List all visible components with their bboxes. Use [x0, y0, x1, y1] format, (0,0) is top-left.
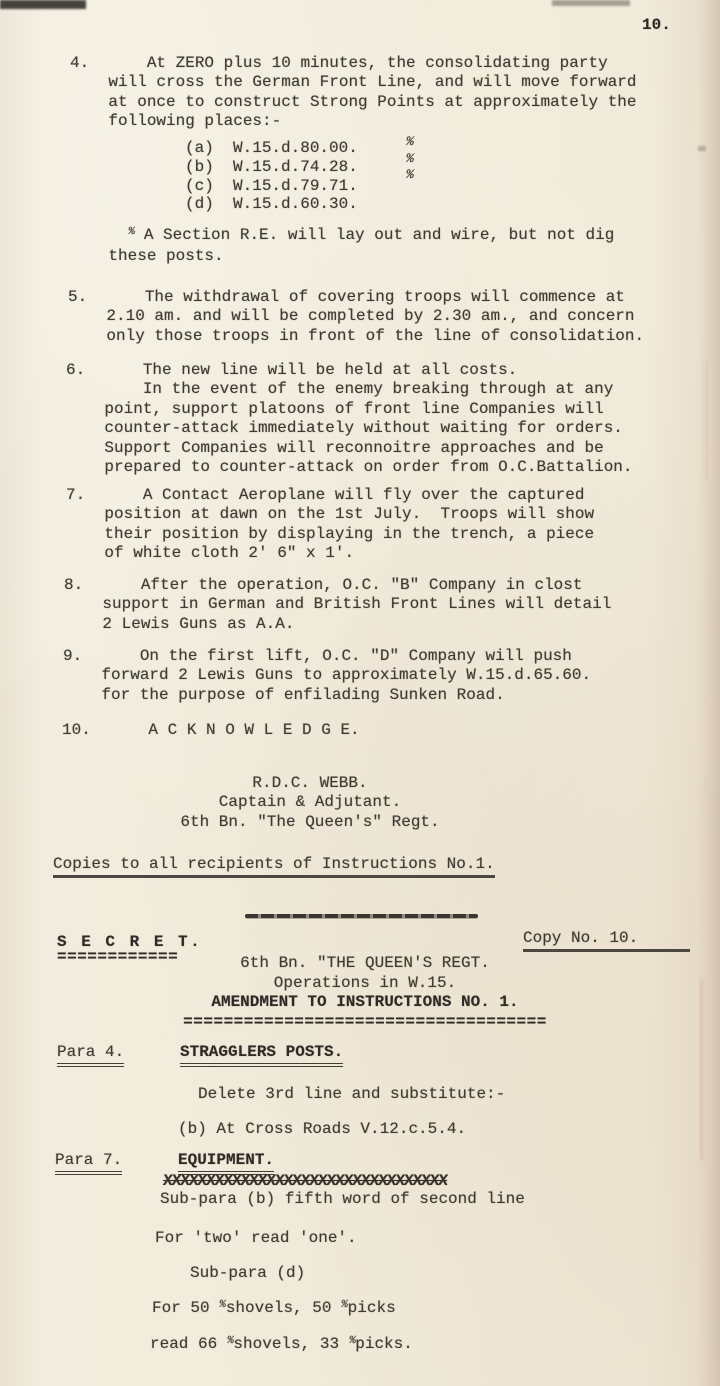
- paragraph-9: 9. On the first lift, O.C. "D" Company w…: [63, 647, 591, 705]
- footnote: % A Section R.E. will lay out and wire, …: [70, 226, 614, 267]
- text-line: these posts.: [70, 247, 614, 266]
- text-line: will cross the German Front Line, and wi…: [70, 73, 637, 92]
- title-underscore: ====================================: [150, 1013, 580, 1033]
- text-segment: picks.: [355, 1335, 413, 1353]
- signature-block: R.D.C. WEBB. Captain & Adjutant. 6th Bn.…: [145, 774, 475, 832]
- amendment-para4-instruction: Delete 3rd line and substitute:-: [198, 1085, 505, 1104]
- distribution-note: Copies to all recipients of Instructions…: [53, 855, 495, 878]
- text-line: forward 2 Lewis Guns to approximately W.…: [63, 666, 591, 685]
- text-segment: shovels, 33: [233, 1335, 348, 1353]
- percent-mark: %: [404, 167, 415, 184]
- text-line: In the event of the enemy breaking throu…: [66, 380, 633, 399]
- acknowledge-line: 10. A C K N O W L E D G E.: [62, 721, 360, 740]
- text-line: Support Companies will reconnoitre appro…: [66, 439, 633, 458]
- section-divider: [245, 914, 478, 918]
- equipment-change-from: For 50 %shovels, 50 %picks: [152, 1299, 396, 1320]
- page-edge-shading: [698, 0, 720, 1386]
- text-line: following places:-: [70, 112, 637, 131]
- paragraph-8: 8. After the operation, O.C. "B" Company…: [64, 576, 611, 634]
- struck-out-line: XXXXXXXXXXXXXXXXXXXXXXXXXXXXXXXXX: [162, 1172, 448, 1191]
- text-line: % A Section R.E. will lay out and wire, …: [70, 226, 614, 247]
- text-line: for the purpose of enfilading Sunken Roa…: [63, 686, 591, 705]
- amendment-heading: AMENDMENT TO INSTRUCTIONS NO. 1.: [150, 993, 580, 1013]
- amendment-para4-substitution: (b) At Cross Roads V.12.c.5.4.: [178, 1120, 466, 1139]
- copies-note-text: Copies to all recipients of Instructions…: [53, 855, 495, 878]
- list-item: (d) W.15.d.60.30.: [185, 195, 358, 214]
- signatory-name: R.D.C. WEBB.: [145, 774, 475, 793]
- text-line: 5. The withdrawal of covering troops wil…: [68, 288, 644, 307]
- paragraph-4: 4. At ZERO plus 10 minutes, the consolid…: [70, 54, 637, 132]
- text-line: support in German and British Front Line…: [64, 595, 611, 614]
- percent-mark: %: [404, 134, 415, 151]
- amendment-para7-instruction: Sub-para (b) fifth word of second line: [160, 1190, 525, 1209]
- amendment-para4-heading: STRAGGLERS POSTS.: [180, 1043, 343, 1067]
- operations-title: Operations in W.15.: [150, 974, 580, 994]
- document-page: 10. 4. At ZERO plus 10 minutes, the cons…: [0, 0, 720, 1386]
- text-line: of white cloth 2' 6" x 1'.: [66, 544, 594, 563]
- footnote-marker-stack: % % %: [406, 134, 414, 184]
- paper-crease: [705, 360, 708, 480]
- paragraph-5: 5. The withdrawal of covering troops wil…: [68, 288, 644, 346]
- text-line: 2 Lewis Guns as A.A.: [64, 615, 611, 634]
- text-line: 7. A Contact Aeroplane will fly over the…: [66, 486, 594, 505]
- paper-crease: [700, 980, 703, 1160]
- page-number: 10.: [642, 16, 671, 35]
- amendment-para7-label: Para 7.: [55, 1151, 122, 1175]
- text-line: only those troops in front of the line o…: [68, 327, 644, 346]
- amendment-para7-subpara-d: Sub-para (d): [190, 1264, 305, 1283]
- unit-title: 6th Bn. "THE QUEEN'S REGT.: [150, 954, 580, 974]
- para-label-text: Para 4.: [57, 1043, 124, 1067]
- paragraph-6: 6. The new line will be held at all cost…: [66, 361, 633, 477]
- strongpoint-list: (a) W.15.d.80.00. (b) W.15.d.74.28. (c) …: [185, 139, 358, 214]
- paragraph-7: 7. A Contact Aeroplane will fly over the…: [66, 486, 594, 564]
- amendment-title-block: 6th Bn. "THE QUEEN'S REGT. Operations in…: [150, 954, 580, 1032]
- text-segment: shovels, 50: [226, 1299, 341, 1317]
- text-line: 6. The new line will be held at all cost…: [66, 361, 633, 380]
- text-line: point, support platoons of front line Co…: [66, 400, 633, 419]
- text-line: 2.10 am. and will be completed by 2.30 a…: [68, 307, 644, 326]
- text-line: counter-attack immediately without waiti…: [66, 419, 633, 438]
- scan-smudge: [552, 0, 630, 6]
- equipment-change-to: read 66 %shovels, 33 %picks.: [150, 1335, 413, 1356]
- list-item: (a) W.15.d.80.00.: [185, 139, 358, 158]
- list-item: (b) W.15.d.74.28.: [185, 158, 358, 177]
- text-line: prepared to counter-attack on order from…: [66, 458, 633, 477]
- copy-number-text: Copy No. 10.: [523, 929, 690, 952]
- amendment-para4-label: Para 4.: [57, 1043, 124, 1067]
- text-line: their position by displaying in the tren…: [66, 525, 594, 544]
- text-line: 4. At ZERO plus 10 minutes, the consolid…: [70, 54, 637, 73]
- copy-number: Copy No. 10.: [523, 929, 690, 952]
- footnote-indent: [70, 226, 128, 244]
- scan-smudge: [0, 0, 86, 9]
- signatory-role: Captain & Adjutant.: [145, 793, 475, 812]
- text-segment: picks: [348, 1299, 396, 1317]
- signatory-unit: 6th Bn. "The Queen's" Regt.: [145, 813, 475, 832]
- text-segment: read 66: [150, 1335, 227, 1353]
- text-line: 8. After the operation, O.C. "B" Company…: [64, 576, 611, 595]
- text-line: at once to construct Strong Points at ap…: [70, 93, 637, 112]
- paragraph-10: 10. A C K N O W L E D G E.: [62, 721, 360, 740]
- para-heading-text: STRAGGLERS POSTS.: [180, 1043, 343, 1067]
- text-line: 9. On the first lift, O.C. "D" Company w…: [63, 647, 591, 666]
- text-segment: For 50: [152, 1299, 219, 1317]
- list-item: (c) W.15.d.79.71.: [185, 177, 358, 196]
- footnote-text: A Section R.E. will lay out and wire, bu…: [134, 226, 614, 244]
- para-label-text: Para 7.: [55, 1151, 122, 1175]
- amendment-para7-change: For 'two' read 'one'.: [155, 1229, 357, 1248]
- text-line: position at dawn on the 1st July. Troops…: [66, 505, 594, 524]
- percent-mark: %: [404, 151, 415, 168]
